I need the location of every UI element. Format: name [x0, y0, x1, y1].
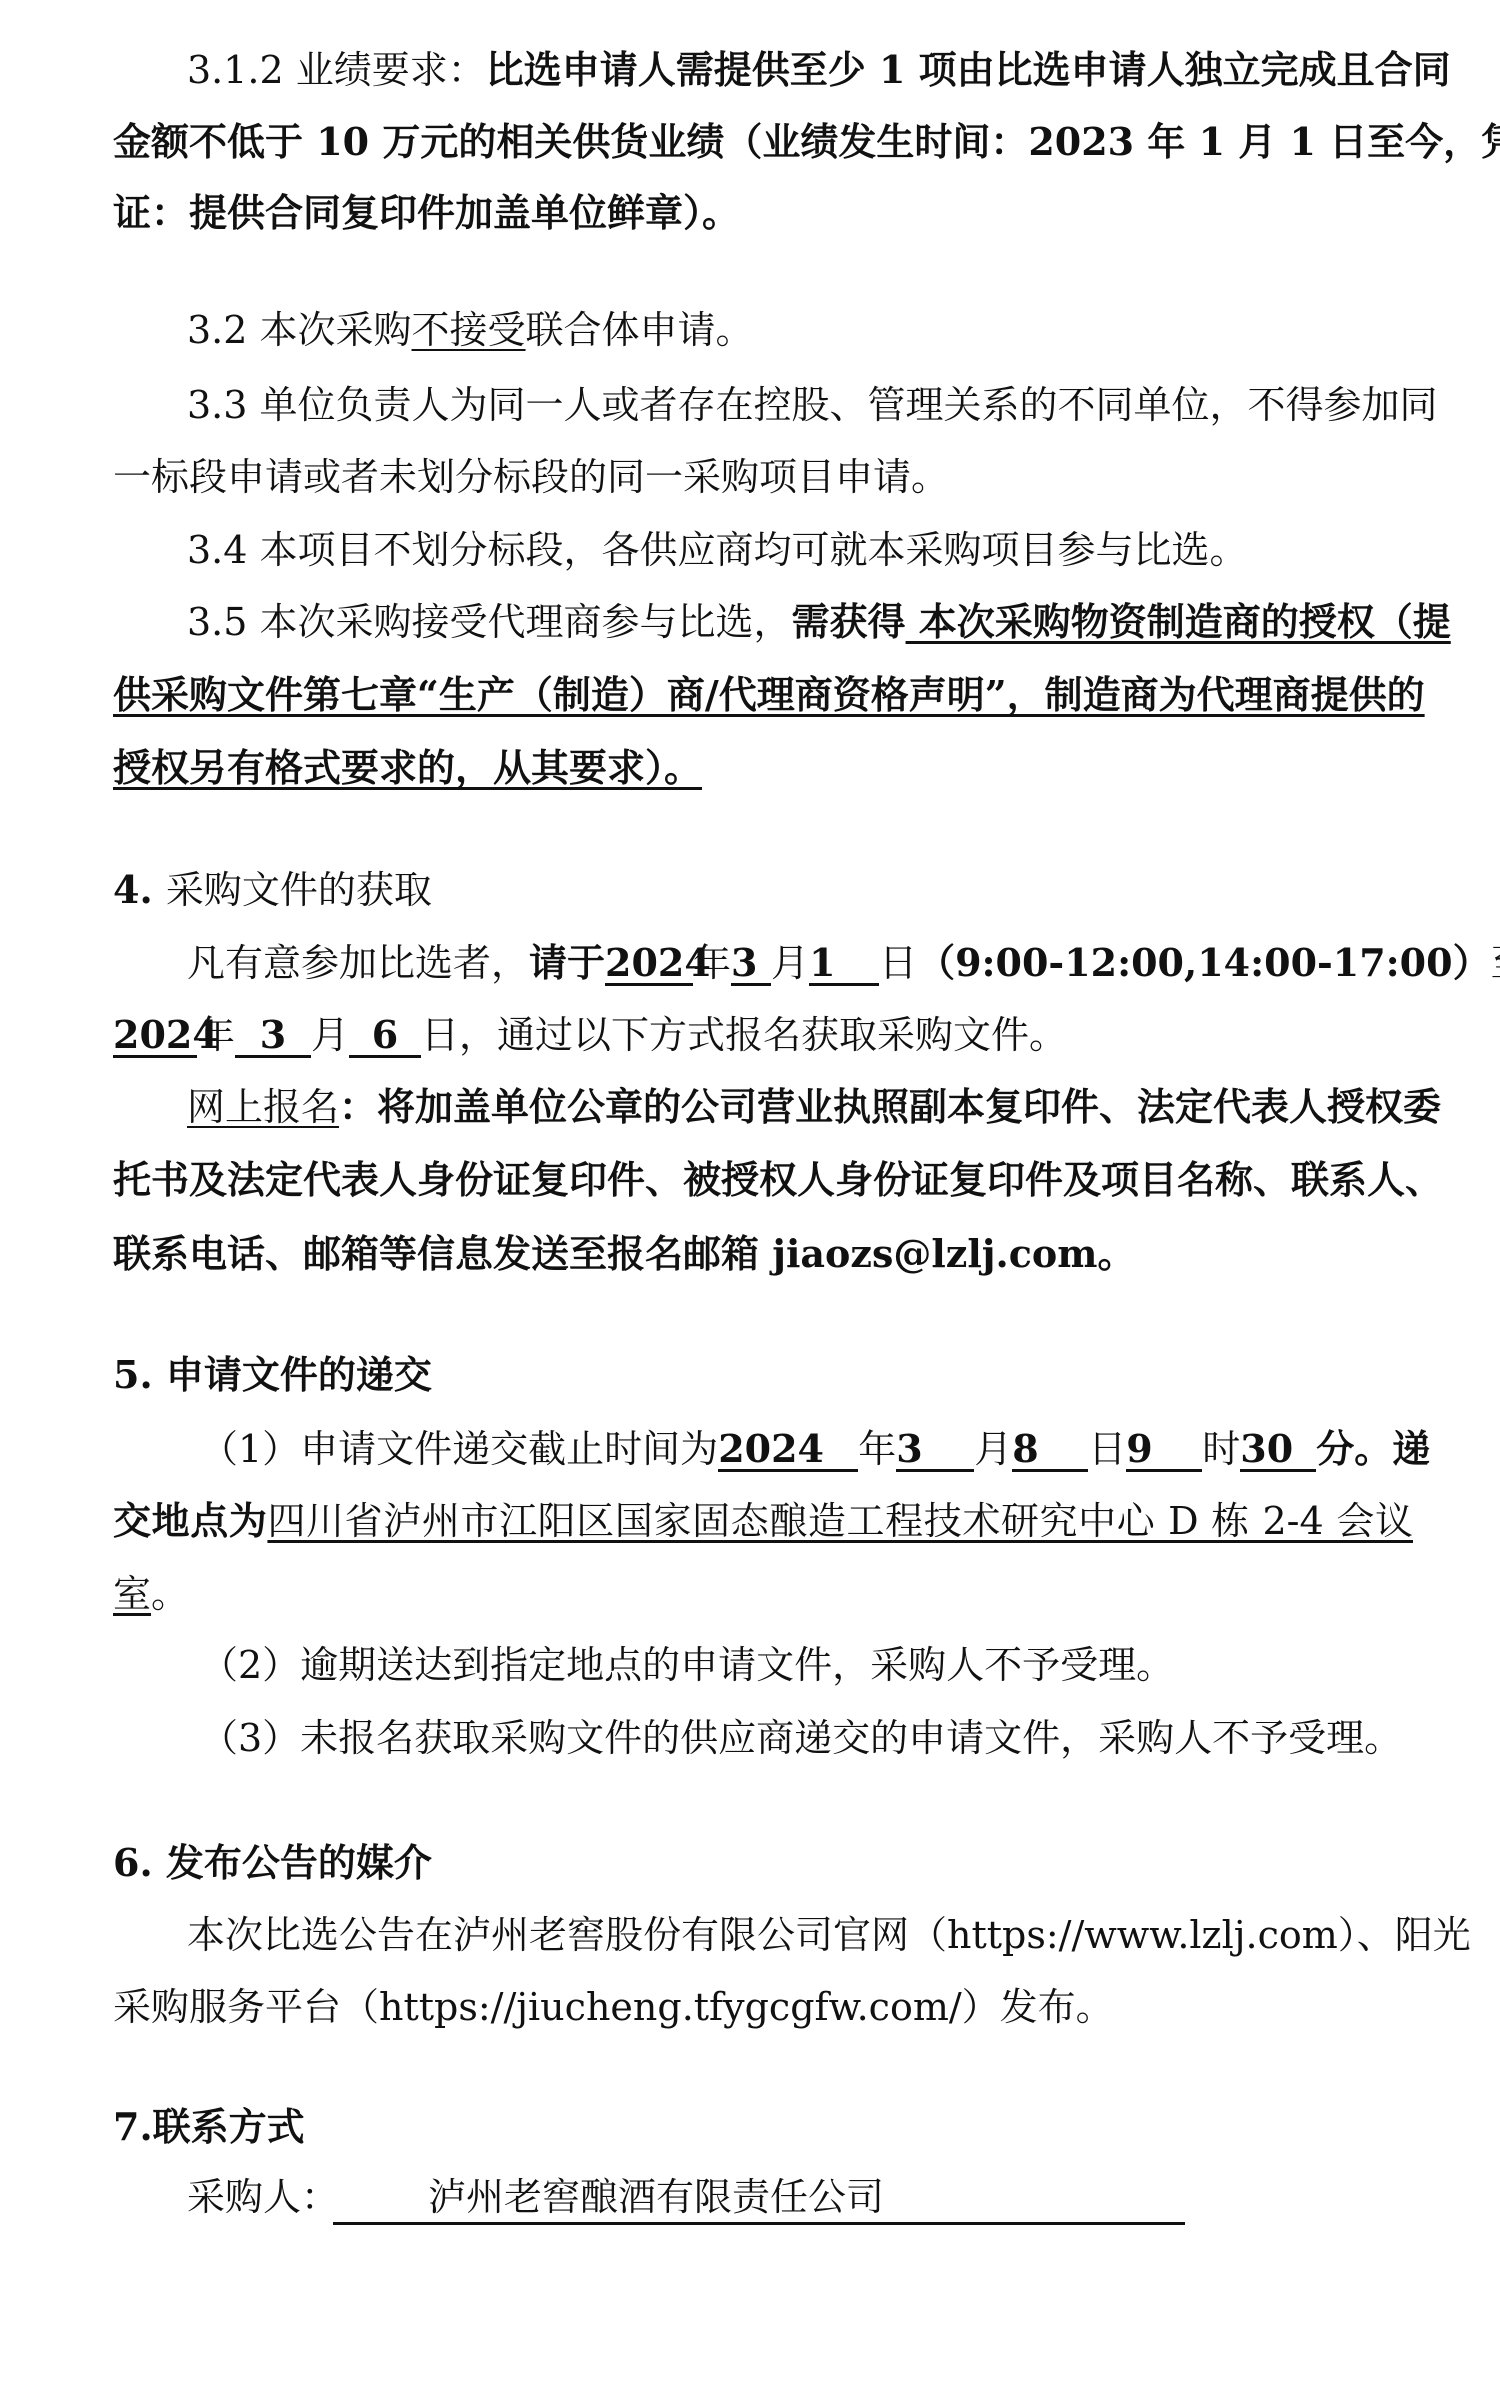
s4-nian-2: 年	[197, 1013, 235, 1057]
deadline-shi: 时	[1202, 1427, 1240, 1471]
online-registration-label: 网上报名	[187, 1085, 339, 1129]
start-year-blank: 2024	[605, 943, 693, 986]
section-4-number: 4.	[113, 867, 153, 912]
authorization-text-3: 授权另有格式要求的，从其要求）。	[113, 745, 702, 790]
para-3-1-2-line-1: 3.1.2 业绩要求：比选申请人需提供至少 1 项由比选申请人独立完成且合同	[187, 45, 1413, 95]
deadline-year-blank: 2024	[718, 1429, 858, 1472]
deadline-hour-blank: 9	[1126, 1429, 1202, 1472]
online-registration-line-3: 联系电话、邮箱等信息发送至报名邮箱 jiaozs@lzlj.com。	[113, 1229, 1413, 1279]
section-6-title: 发布公告的媒介	[166, 1840, 432, 1885]
para-3-2-suffix: 联合体申请。	[526, 308, 754, 352]
para-3-5-bold: 需获得	[792, 599, 906, 644]
online-registration-line-2: 托书及法定代表人身份证复印件、被授权人身份证复印件及项目名称、联系人、	[113, 1155, 1413, 1205]
location-suffix: 。	[151, 1572, 189, 1616]
deadline-minute-blank: 30	[1240, 1429, 1316, 1472]
para-3-2-prefix: 3.2 本次采购	[187, 308, 412, 352]
section-5-item-1-line-3: 室。	[113, 1569, 1413, 1619]
buyer-value: 泸州老窖酿酒有限责任公司	[428, 2172, 1128, 2222]
s4-yue-2: 月	[311, 1013, 349, 1057]
start-month-blank: 3	[731, 943, 771, 986]
end-month-blank: 3	[235, 1015, 311, 1058]
section-6-number: 6.	[113, 1840, 153, 1885]
performance-requirement-text: 比选申请人需提供至少 1 项由比选申请人独立完成且合同	[486, 47, 1451, 92]
para-3-5-line-2: 供采购文件第七章“生产（制造）商/代理商资格声明”，制造商为代理商提供的	[113, 670, 1413, 720]
para-3-5-prefix: 3.5 本次采购接受代理商参与比选，	[187, 600, 792, 644]
deadline-yue: 月	[974, 1427, 1012, 1471]
online-registration-text-1: ：将加盖单位公章的公司营业执照副本复印件、法定代表人授权委	[339, 1084, 1441, 1129]
end-year-blank: 2024	[113, 1015, 197, 1058]
deadline-day-blank: 8	[1012, 1429, 1088, 1472]
section-5-item-2: （2）逾期送达到指定地点的申请文件，采购人不予受理。	[200, 1640, 1426, 1690]
s4-yue: 月	[771, 941, 809, 985]
para-3-3-line-1: 3.3 单位负责人为同一人或者存在控股、管理关系的不同单位，不得参加同	[187, 380, 1413, 430]
para-3-4: 3.4 本项目不划分标段，各供应商均可就本采购项目参与比选。	[187, 525, 1413, 575]
para-3-5-line-1: 3.5 本次采购接受代理商参与比选，需获得 本次采购物资制造商的授权（提	[187, 597, 1413, 647]
label-3-1-2: 3.1.2 业绩要求：	[187, 48, 486, 92]
authorization-text-1: 本次采购物资制造商的授权（提	[906, 599, 1451, 644]
submission-location: 四川省泸州市江阳区国家固态酿造工程技术研究中心 D 栋 2-4 会议	[267, 1499, 1413, 1543]
s4-zhi: 至	[1491, 941, 1500, 985]
start-day-blank: 1	[809, 943, 879, 986]
s4-bold: 请于	[529, 940, 605, 985]
section-4-title: 采购文件的获取	[166, 868, 432, 912]
para-3-3-line-2: 一标段申请或者未划分标段的同一采购项目申请。	[113, 452, 1413, 502]
s4-prefix: 凡有意参加比选者，	[187, 941, 529, 985]
office-hours: （9:00-12:00,14:00-17:00）	[917, 940, 1491, 985]
s4-suffix: 日，通过以下方式报名获取采购文件。	[421, 1013, 1067, 1057]
deadline-fen: 分。递	[1316, 1426, 1430, 1471]
section-5-title: 申请文件的递交	[166, 1352, 432, 1397]
section-5-item-1-line-2: 交地点为四川省泸州市江阳区国家固态酿造工程技术研究中心 D 栋 2-4 会议	[113, 1496, 1413, 1546]
section-4-heading: 4. 采购文件的获取	[113, 865, 1413, 915]
s4-ri: 日	[879, 941, 917, 985]
section-6-line-2: 采购服务平台（https://jiucheng.tfygcgfw.com/）发布…	[113, 1982, 1413, 2032]
deadline-prefix: （1）申请文件递交截止时间为	[200, 1427, 718, 1471]
end-day-blank: 6	[349, 1015, 421, 1058]
section-6-heading: 6. 发布公告的媒介	[113, 1838, 1413, 1888]
para-3-1-2-line-3: 证：提供合同复印件加盖单位鲜章）。	[113, 188, 1413, 238]
para-3-2: 3.2 本次采购不接受联合体申请。	[187, 305, 1413, 355]
section-5-item-3: （3）未报名获取采购文件的供应商递交的申请文件，采购人不予受理。	[200, 1713, 1426, 1763]
para-3-5-line-3: 授权另有格式要求的，从其要求）。	[113, 743, 1413, 793]
location-prefix: 交地点为	[113, 1498, 267, 1543]
section-6-line-1: 本次比选公告在泸州老窖股份有限公司官网（https://www.lzlj.com…	[187, 1910, 1413, 1960]
deadline-ri: 日	[1088, 1427, 1126, 1471]
para-3-1-2-line-2: 金额不低于 10 万元的相关供货业绩（业绩发生时间：2023 年 1 月 1 日…	[113, 117, 1413, 167]
online-registration-line-1: 网上报名：将加盖单位公章的公司营业执照副本复印件、法定代表人授权委	[187, 1082, 1413, 1132]
deadline-nian: 年	[858, 1427, 896, 1471]
submission-location-end: 室	[113, 1572, 151, 1616]
section-4-para-1-line-2: 2024年3月6日，通过以下方式报名获取采购文件。	[113, 1010, 1413, 1060]
section-5-item-1-line-1: （1）申请文件递交截止时间为2024年3月8日9时30分。递	[200, 1424, 1413, 1474]
section-7-heading: 7.联系方式	[113, 2102, 1413, 2152]
deadline-month-blank: 3	[896, 1429, 974, 1472]
section-5-number: 5.	[113, 1352, 153, 1397]
s4-nian: 年	[693, 941, 731, 985]
not-accepted-text: 不接受	[412, 308, 526, 352]
section-4-para-1-line-1: 凡有意参加比选者，请于2024年3月1日（9:00-12:00,14:00-17…	[187, 938, 1413, 988]
buyer-label: 采购人：	[187, 2175, 339, 2219]
section-5-heading: 5. 申请文件的递交	[113, 1350, 1413, 1400]
